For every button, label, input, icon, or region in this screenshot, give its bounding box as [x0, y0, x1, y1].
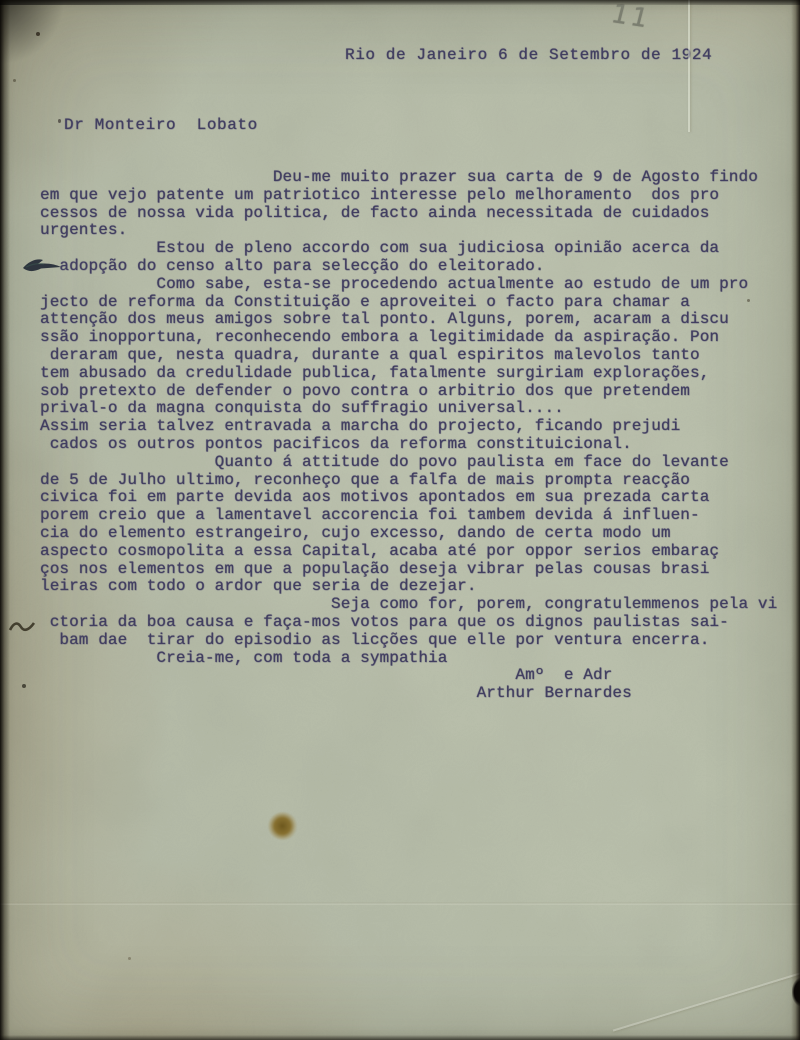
paper-edge-right [791, 0, 800, 1040]
letter-line: attenção dos meus amigos sobre tal ponto… [40, 311, 777, 329]
paper-edge-notch [792, 978, 800, 1006]
date-line: Rio de Janeiro 6 de Setembro de 1924 [345, 46, 712, 64]
letter-line: Seja como for, porem, congratulemmenos p… [40, 596, 777, 614]
paper-speckle [22, 684, 26, 688]
letter-line: cados os outros pontos pacificos da refo… [40, 436, 777, 454]
letter-line: deraram que, nesta quadra, durante a qua… [40, 347, 777, 365]
letter-line: leiras com todo o ardor que seria de dez… [40, 578, 777, 596]
letter-line: ctoria da boa causa e faça-mos votos par… [40, 614, 777, 632]
letter-line: ços nos elementos em que a população des… [40, 561, 777, 579]
letter-body: Deu-me muito prazer sua carta de 9 de Ag… [40, 169, 777, 703]
paper-edge-top [0, 0, 800, 5]
paper-edge-bottom [0, 1035, 800, 1040]
letter-line: civica foi em parte devida aos motivos a… [40, 489, 777, 507]
handwritten-page-number: 11 [611, 0, 651, 35]
letter-line: Como sabe, esta-se procedendo actualment… [40, 276, 777, 294]
margin-ink-squiggle-mark [8, 619, 36, 635]
letter-page: 11 Rio de Janeiro 6 de Setembro de 1924 … [0, 0, 800, 1040]
letter-line: Quanto á attitude do povo paulista em fa… [40, 454, 777, 472]
letter-line: em que vejo patente um patriotico intere… [40, 187, 777, 205]
letter-line: Estou de pleno accordo com sua judiciosa… [40, 240, 777, 258]
letter-line: Creia-me, com toda a sympathia [40, 650, 777, 668]
letter-line: Amº e Adr [40, 667, 777, 685]
margin-ink-arrow-mark [20, 255, 64, 279]
letter-line: Deu-me muito prazer sua carta de 9 de Ag… [40, 169, 777, 187]
paper-crease-horizontal [0, 902, 800, 905]
letter-line: de 5 de Julho ultimo, reconheço que a fa… [40, 472, 777, 490]
paper-crease-diagonal [613, 962, 800, 1031]
paper-speckle [36, 32, 40, 36]
letter-line: Assim seria talvez entravada a marcha do… [40, 418, 777, 436]
paper-speckle [13, 79, 16, 82]
paper-corner-shadow [0, 0, 70, 70]
paper-speckle [58, 119, 61, 123]
letter-line: porem creio que a lamentavel accorencia … [40, 507, 777, 525]
letter-line: adopção do censo alto para selecção do e… [40, 258, 777, 276]
paper-crease-vertical [688, 0, 690, 132]
letter-line: tem abusado da credulidade publica, fata… [40, 365, 777, 383]
paper-speckle [128, 957, 131, 960]
letter-line: jecto de reforma da Constituição e aprov… [40, 294, 777, 312]
letter-line: cessos de nossa vida politica, de facto … [40, 205, 777, 223]
paper-edge-left [0, 0, 10, 1040]
letter-line: ssão inopportuna, reconhecendo embora a … [40, 329, 777, 347]
letter-line: aspecto cosmopolita a essa Capital, acab… [40, 543, 777, 561]
letter-line: bam dae tirar do episodio as licções que… [40, 632, 777, 650]
paper-speckle [747, 299, 750, 302]
letter-line: cia do elemento estrangeiro, cujo excess… [40, 525, 777, 543]
letter-line: sob pretexto de defender o povo contra o… [40, 383, 777, 401]
letter-line: Arthur Bernardes [40, 685, 777, 703]
stain-spot [268, 812, 298, 840]
letter-line: urgentes. [40, 222, 777, 240]
letter-line: prival-o da magna conquista do suffragio… [40, 400, 777, 418]
recipient-line: Dr Monteiro Lobato [64, 116, 258, 134]
